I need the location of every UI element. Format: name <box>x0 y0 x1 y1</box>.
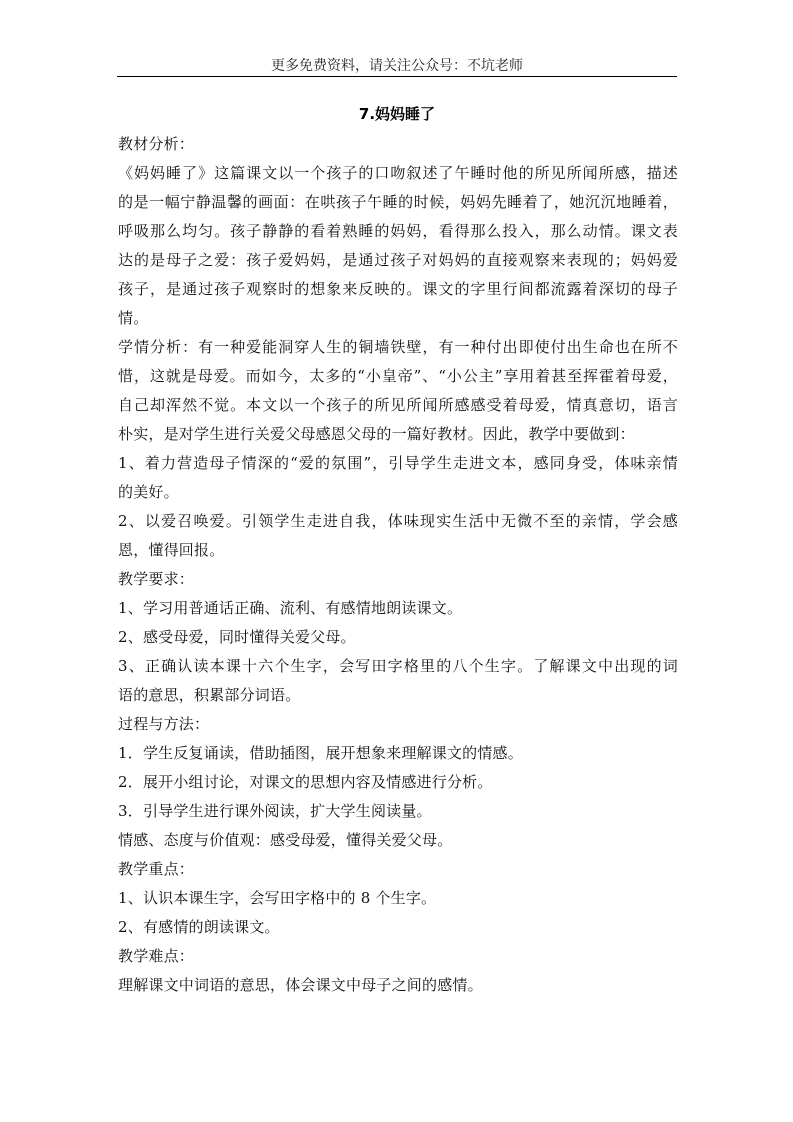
list-item: 2、以爱召唤爱。引领学生走进自我，体味现实生活中无微不至的亲情，学会感 <box>118 507 678 536</box>
section-heading-key-points: 教学重点： <box>118 855 678 884</box>
paragraph-line: 孩子，是通过孩子观察时的想象来反映的。课文的字里行间都流露着深切的母子 <box>118 275 678 304</box>
list-item-continued: 恩，懂得回报。 <box>118 536 678 565</box>
list-item: 2、有感情的朗读课文。 <box>118 913 678 942</box>
list-item: 3、正确认读本课十六个生字，会写田字格里的八个生字。了解课文中出现的词 <box>118 652 678 681</box>
list-item: 1．学生反复诵读，借助插图，展开想象来理解课文的情感。 <box>118 739 678 768</box>
paragraph-line: 惜，这就是母爱。而如今，太多的“小皇帝”、“小公主”享用着甚至挥霍着母爱， <box>118 362 678 391</box>
paragraph-line: 自己却浑然不觉。本文以一个孩子的所见所闻所感感受着母爱，情真意切，语言 <box>118 391 678 420</box>
paragraph-line: 的是一幅宁静温馨的画面：在哄孩子午睡的时候，妈妈先睡着了，她沉沉地睡着， <box>118 188 678 217</box>
list-item-continued: 的美好。 <box>118 478 678 507</box>
list-item: 3．引导学生进行课外阅读，扩大学生阅读量。 <box>118 797 678 826</box>
list-item-continued: 语的意思，积累部分词语。 <box>118 681 678 710</box>
list-item: 1、着力营造母子情深的“爱的氛围”，引导学生走进文本，感同身受，体味亲情 <box>118 449 678 478</box>
section-heading-process-methods: 过程与方法： <box>118 710 678 739</box>
header-rule <box>117 76 677 77</box>
list-item: 1、学习用普通话正确、流利、有感情地朗读课文。 <box>118 594 678 623</box>
list-item: 2．展开小组讨论，对课文的思想内容及情感进行分析。 <box>118 768 678 797</box>
paragraph-line: 《妈妈睡了》这篇课文以一个孩子的口吻叙述了午睡时他的所见所闻所感，描述 <box>118 159 678 188</box>
paragraph-line: 达的是母子之爱：孩子爱妈妈，是通过孩子对妈妈的直接观察来表现的；妈妈爱 <box>118 246 678 275</box>
document-body: 教材分析： 《妈妈睡了》这篇课文以一个孩子的口吻叙述了午睡时他的所见所闻所感，描… <box>118 130 678 1000</box>
paragraph-line-student-analysis: 学情分析：有一种爱能洞穿人生的铜墙铁壁，有一种付出即使付出生命也在所不 <box>118 333 678 362</box>
page-header: 更多免费资料，请关注公众号：不坑老师 <box>118 56 676 76</box>
paragraph-line: 情。 <box>118 304 678 333</box>
section-emotion-attitude-values: 情感、态度与价值观：感受母爱，懂得关爱父母。 <box>118 826 678 855</box>
paragraph-line: 理解课文中词语的意思，体会课文中母子之间的感情。 <box>118 971 678 1000</box>
section-heading-difficulties: 教学难点： <box>118 942 678 971</box>
section-heading-material-analysis: 教材分析： <box>118 130 678 159</box>
section-heading-teaching-requirements: 教学要求： <box>118 565 678 594</box>
list-item: 1、认识本课生字，会写田字格中的 8 个生字。 <box>118 884 678 913</box>
list-item: 2、感受母爱，同时懂得关爱父母。 <box>118 623 678 652</box>
document-title: 7.妈妈睡了 <box>118 103 676 125</box>
paragraph-line: 朴实，是对学生进行关爱父母感恩父母的一篇好教材。因此，教学中要做到： <box>118 420 678 449</box>
paragraph-line: 呼吸那么均匀。孩子静静的看着熟睡的妈妈，看得那么投入，那么动情。课文表 <box>118 217 678 246</box>
